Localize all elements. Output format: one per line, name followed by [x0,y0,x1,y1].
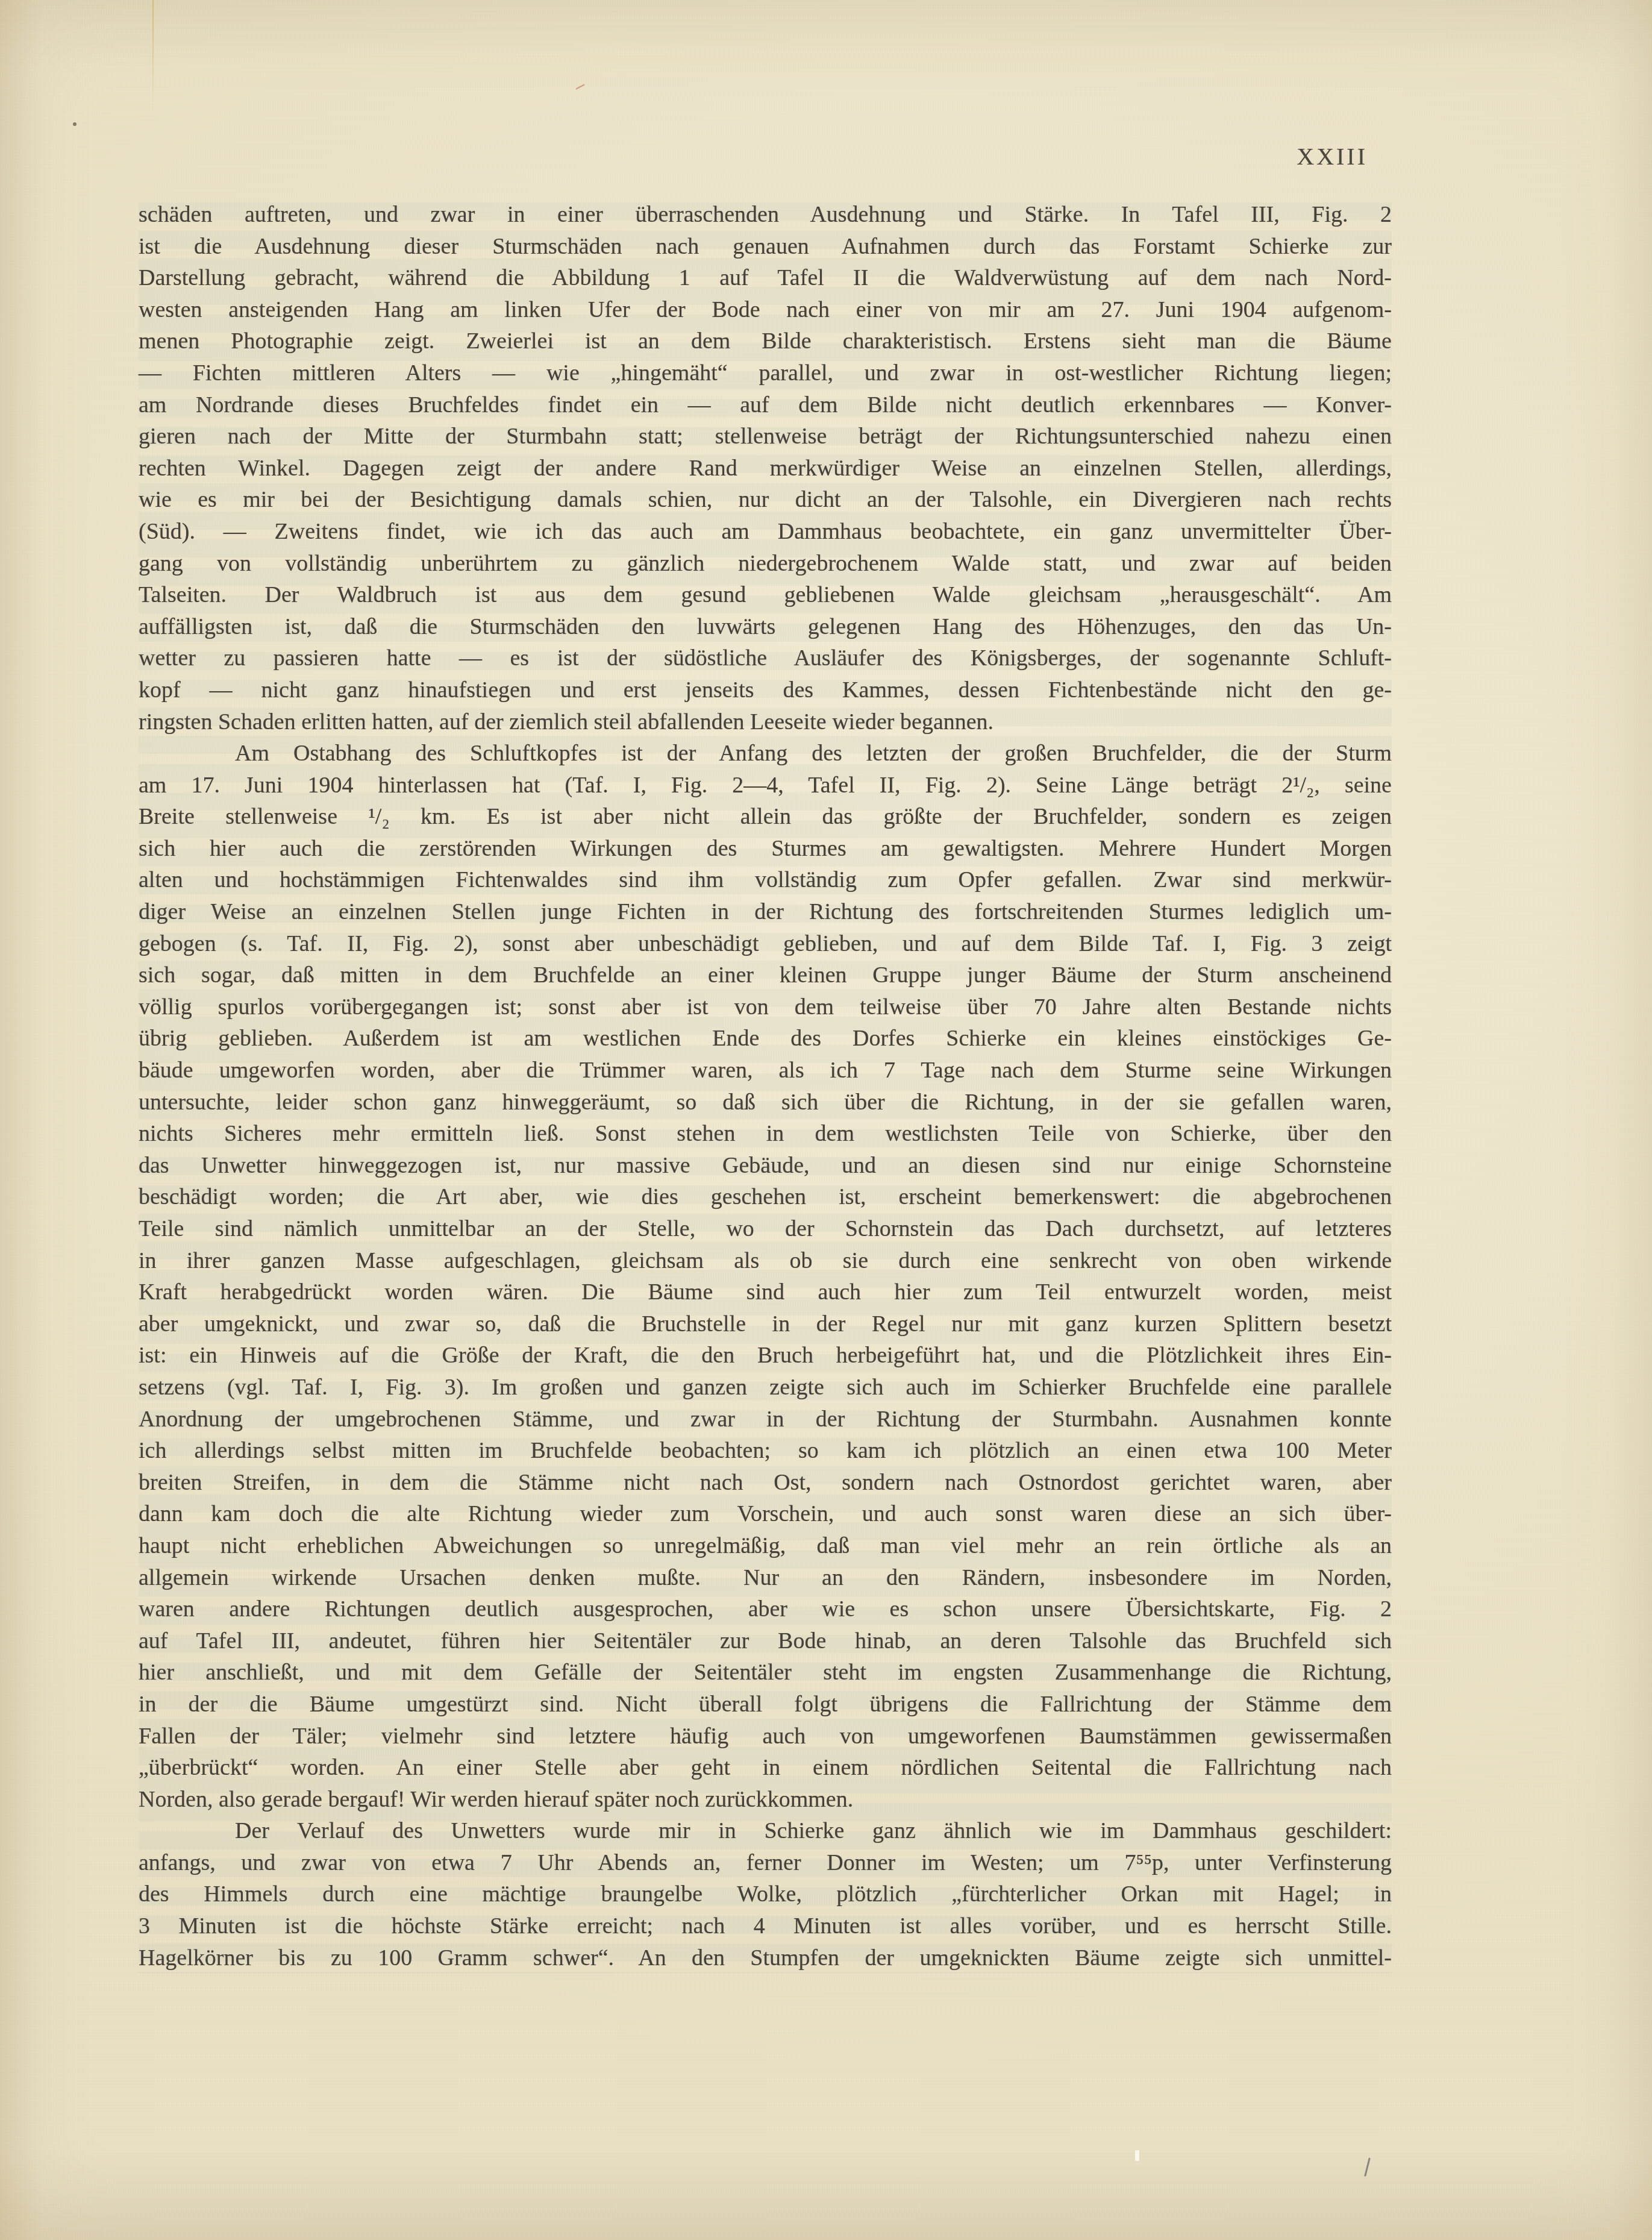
text-line: setzens (vgl. Taf. I, Fig. 3). Im großen… [139,1372,1392,1404]
text-line: am Nordrande dieses Bruchfeldes findet e… [139,389,1392,421]
text-line: des Himmels durch eine mächtige braungel… [139,1878,1392,1910]
text-line: gang von vollständig unberührtem zu gänz… [139,548,1392,580]
text-line: in ihrer ganzen Masse aufgeschlagen, gle… [139,1245,1392,1277]
text-line: ist: ein Hinweis auf die Größe der Kraft… [139,1340,1392,1372]
text-line: gebogen (s. Taf. II, Fig. 2), sonst aber… [139,928,1392,960]
text-line: Kraft herabgedrückt worden wären. Die Bä… [139,1276,1392,1308]
text-line: kopf — nicht ganz hinaufstiegen und erst… [139,674,1392,706]
text-line: waren andere Richtungen deutlich ausgesp… [139,1593,1392,1625]
text-line: Norden, also gerade bergauf! Wir werden … [139,1784,1392,1816]
text-line: Der Verlauf des Unwetters wurde mir in S… [139,1815,1392,1847]
text-line: haupt nicht erheblichen Abweichungen so … [139,1530,1392,1562]
text-block: schäden auftreten, und zwar in einer übe… [139,199,1392,1974]
text-line: Fallen der Täler; vielmehr sind letztere… [139,1721,1392,1752]
text-line: dann kam doch die alte Richtung wieder z… [139,1498,1392,1530]
text-line: — Fichten mittleren Alters — wie „hingem… [139,357,1392,389]
text-line: ist die Ausdehnung dieser Sturmschäden n… [139,231,1392,263]
text-line: alten und hochstämmigen Fichtenwaldes si… [139,864,1392,896]
text-line: allgemein wirkende Ursachen denken mußte… [139,1562,1392,1594]
text-line: übrig geblieben. Außerdem ist am westlic… [139,1023,1392,1055]
paper-speck [1364,2157,1371,2177]
text-line: am 17. Juni 1904 hinterlassen hat (Taf. … [139,770,1392,802]
text-line: breiten Streifen, in dem die Stämme nich… [139,1467,1392,1499]
scanned-book-page: XXIII schäden auftreten, und zwar in ein… [0,0,1652,2240]
text-line: untersuchte, leider schon ganz hinwegger… [139,1087,1392,1118]
text-line: diger Weise an einzelnen Stellen junge F… [139,896,1392,928]
text-line: Teile sind nämlich unmittelbar an der St… [139,1213,1392,1245]
text-line: „überbrückt“ worden. An einer Stelle abe… [139,1752,1392,1784]
text-line: Darstellung gebracht, während die Abbild… [139,262,1392,294]
text-line: Am Ostabhang des Schluftkopfes ist der A… [139,738,1392,770]
text-line: sich sogar, daß mitten in dem Bruchfelde… [139,959,1392,991]
text-line: beschädigt worden; die Art aber, wie die… [139,1181,1392,1213]
paper-fleck [1135,2150,1139,2161]
text-line: hier anschließt, und mit dem Gefälle der… [139,1657,1392,1689]
page-number: XXIII [1297,142,1368,171]
text-line: auffälligsten ist, daß die Sturmschäden … [139,611,1392,643]
text-line: ich allerdings selbst mitten im Bruchfel… [139,1435,1392,1467]
text-line: Talseiten. Der Waldbruch ist aus dem ges… [139,579,1392,611]
text-line: Hagelkörner bis zu 100 Gramm schwer“. An… [139,1942,1392,1974]
text-line: auf Tafel III, andeutet, führen hier Sei… [139,1625,1392,1657]
text-line: gieren nach der Mitte der Sturmbahn stat… [139,421,1392,453]
text-line: völlig spurlos vorübergegangen ist; sons… [139,991,1392,1023]
text-line: wetter zu passieren hatte — es ist der s… [139,642,1392,674]
text-line: ringsten Schaden erlitten hatten, auf de… [139,706,1392,738]
text-line: bäude umgeworfen worden, aber die Trümme… [139,1055,1392,1087]
text-line: rechten Winkel. Dagegen zeigt der andere… [139,453,1392,485]
paper-scratch [152,0,154,115]
text-line: das Unwetter hinweggezogen ist, nur mass… [139,1150,1392,1182]
text-line: aber umgeknickt, und zwar so, daß die Br… [139,1308,1392,1340]
paper-fiber [575,84,584,89]
text-line: wie es mir bei der Besichtigung damals s… [139,484,1392,516]
text-line: Anordnung der umgebrochenen Stämme, und … [139,1404,1392,1435]
text-line: nichts Sicheres mehr ermitteln ließ. Son… [139,1118,1392,1150]
text-line: Breite stellenweise ¹/₂ km. Es ist aber … [139,801,1392,833]
text-line: (Süd). — Zweitens findet, wie ich das au… [139,516,1392,548]
text-line: 3 Minuten ist die höchste Stärke erreich… [139,1910,1392,1942]
text-line: schäden auftreten, und zwar in einer übe… [139,199,1392,231]
text-line: sich hier auch die zerstörenden Wirkunge… [139,833,1392,865]
paper-speck [73,122,77,126]
text-line: in der die Bäume umgestürzt sind. Nicht … [139,1689,1392,1721]
text-line: westen ansteigenden Hang am linken Ufer … [139,294,1392,326]
text-line: menen Photographie zeigt. Zweierlei ist … [139,325,1392,357]
text-line: anfangs, und zwar von etwa 7 Uhr Abends … [139,1847,1392,1879]
